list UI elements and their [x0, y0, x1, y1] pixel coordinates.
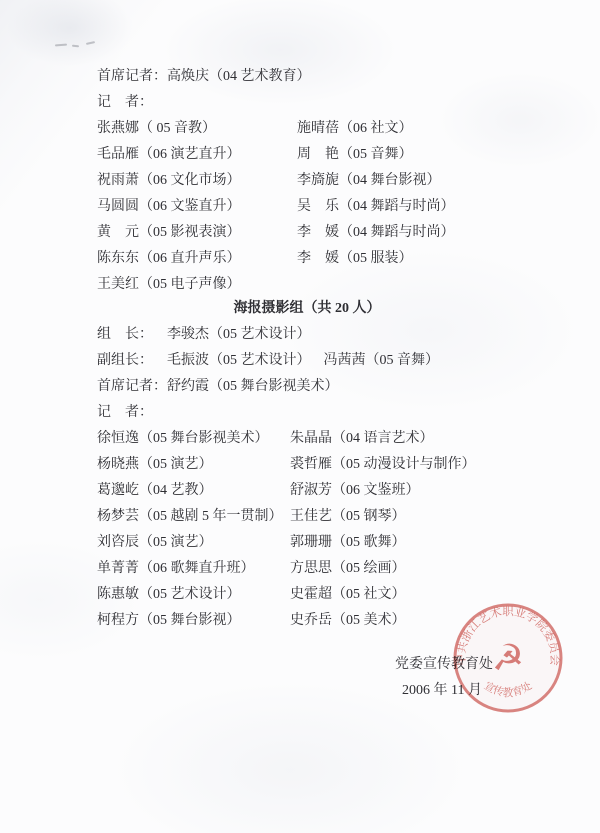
member-name-right: 舒淑芳（06 文鉴班） [290, 478, 527, 504]
leader-line: 组 长：李骏杰（05 艺术设计） [97, 322, 527, 348]
member-row: 毛品雁（06 演艺直升）周 艳（05 音舞） [97, 142, 527, 168]
deputy-leader-name-1: 毛振波（05 艺术设计） [167, 353, 311, 368]
pencil-mark [55, 44, 67, 47]
member-name-left: 单菁菁（06 歌舞直升班） [97, 556, 290, 582]
member-name-left: 陈东东（06 直升声乐） [97, 246, 297, 272]
member-name-left: 陈惠敏（05 艺术设计） [97, 582, 290, 608]
chief-reporter-name-2: 舒约霞（05 舞台影视美术） [167, 379, 339, 394]
member-row: 张燕娜（ 05 音教）施晴蓓（06 社文） [97, 116, 527, 142]
official-stamp: 中共浙江艺术职业学院委员会 宣传教育处 ☭ [451, 601, 565, 715]
member-name-left: 徐恒逸（05 舞台影视美术） [97, 426, 290, 452]
member-name-right: 郭珊珊（05 歌舞） [290, 530, 527, 556]
member-name-left: 张燕娜（ 05 音教） [97, 116, 297, 142]
member-row: 马圆圆（06 文鉴直升）吴 乐（04 舞蹈与时尚） [97, 194, 527, 220]
reporter-group-1: 首席记者：高焕庆（04 艺术教育） 记 者： 张燕娜（ 05 音教）施晴蓓（06… [97, 64, 527, 298]
member-row: 杨梦芸（05 越剧 5 年一贯制）王佳艺（05 钢琴） [97, 504, 527, 530]
reporters-label-text-2: 记 者： [97, 405, 153, 420]
hammer-sickle-icon: ☭ [492, 638, 524, 679]
deputy-leader-label: 副组长： [97, 353, 153, 368]
scanned-document-page: 首席记者：高焕庆（04 艺术教育） 记 者： 张燕娜（ 05 音教）施晴蓓（06… [0, 0, 600, 833]
member-name-left: 杨晓燕（05 演艺） [97, 452, 290, 478]
member-name-left: 葛邈屹（04 艺教） [97, 478, 290, 504]
chief-reporter-line-2: 首席记者：舒约霞（05 舞台影视美术） [97, 374, 527, 400]
member-name-right: 方思思（05 绘画） [290, 556, 527, 582]
stamp-graphic: 中共浙江艺术职业学院委员会 宣传教育处 ☭ [451, 601, 565, 715]
member-name-right: 李旖旎（04 舞台影视） [297, 168, 527, 194]
deputy-leader-line: 副组长：毛振波（05 艺术设计）冯茜茜（05 音舞） [97, 348, 527, 374]
deputy-leader-name-2: 冯茜茜（05 音舞） [324, 353, 440, 368]
chief-reporter-label-2: 首席记者： [97, 379, 167, 394]
pencil-mark [72, 45, 79, 48]
pencil-mark [86, 41, 95, 45]
member-name-left: 刘咨辰（05 演艺） [97, 530, 290, 556]
member-name-left: 马圆圆（06 文鉴直升） [97, 194, 297, 220]
reporters-label: 记 者： [97, 90, 527, 116]
member-name-right: 施晴蓓（06 社文） [297, 116, 527, 142]
member-row: 杨晓燕（05 演艺）裘哲雁（05 动漫设计与制作） [97, 452, 527, 478]
member-name-right: 朱晶晶（04 语言艺术） [290, 426, 527, 452]
member-row: 刘咨辰（05 演艺）郭珊珊（05 歌舞） [97, 530, 527, 556]
member-name-left: 祝雨萧（06 文化市场） [97, 168, 297, 194]
member-name-right: 周 艳（05 音舞） [297, 142, 527, 168]
member-name-right: 李 媛（04 舞蹈与时尚） [297, 220, 527, 246]
member-name-right: 李 媛（05 服装） [297, 246, 527, 272]
group-title: 海报摄影组（共 20 人） [97, 295, 517, 322]
member-name-left: 杨梦芸（05 越剧 5 年一贯制） [97, 504, 290, 530]
leader-label: 组 长： [97, 327, 153, 342]
member-name-right: 裘哲雁（05 动漫设计与制作） [290, 452, 527, 478]
reporter-rows-group-1: 张燕娜（ 05 音教）施晴蓓（06 社文）毛品雁（06 演艺直升）周 艳（05 … [97, 116, 527, 298]
member-row: 徐恒逸（05 舞台影视美术）朱晶晶（04 语言艺术） [97, 426, 527, 452]
chief-reporter-name: 高焕庆（04 艺术教育） [167, 69, 311, 84]
chief-reporter-line: 首席记者：高焕庆（04 艺术教育） [97, 64, 527, 90]
member-name-right: 吴 乐（04 舞蹈与时尚） [297, 194, 527, 220]
member-name-left: 黄 元（05 影视表演） [97, 220, 297, 246]
leader-name: 李骏杰（05 艺术设计） [167, 327, 311, 342]
poster-photography-group: 海报摄影组（共 20 人） 组 长：李骏杰（05 艺术设计） 副组长：毛振波（0… [97, 295, 527, 634]
member-name-left: 柯程方（05 舞台影视） [97, 608, 290, 634]
member-row: 黄 元（05 影视表演）李 媛（04 舞蹈与时尚） [97, 220, 527, 246]
member-name-left: 毛品雁（06 演艺直升） [97, 142, 297, 168]
member-row: 单菁菁（06 歌舞直升班）方思思（05 绘画） [97, 556, 527, 582]
member-row: 葛邈屹（04 艺教）舒淑芳（06 文鉴班） [97, 478, 527, 504]
chief-reporter-label: 首席记者： [97, 69, 167, 84]
reporters-label-2: 记 者： [97, 400, 527, 426]
reporters-label-text: 记 者： [97, 95, 153, 110]
member-row: 陈东东（06 直升声乐）李 媛（05 服装） [97, 246, 527, 272]
member-name-right: 王佳艺（05 钢琴） [290, 504, 527, 530]
member-row: 祝雨萧（06 文化市场）李旖旎（04 舞台影视） [97, 168, 527, 194]
